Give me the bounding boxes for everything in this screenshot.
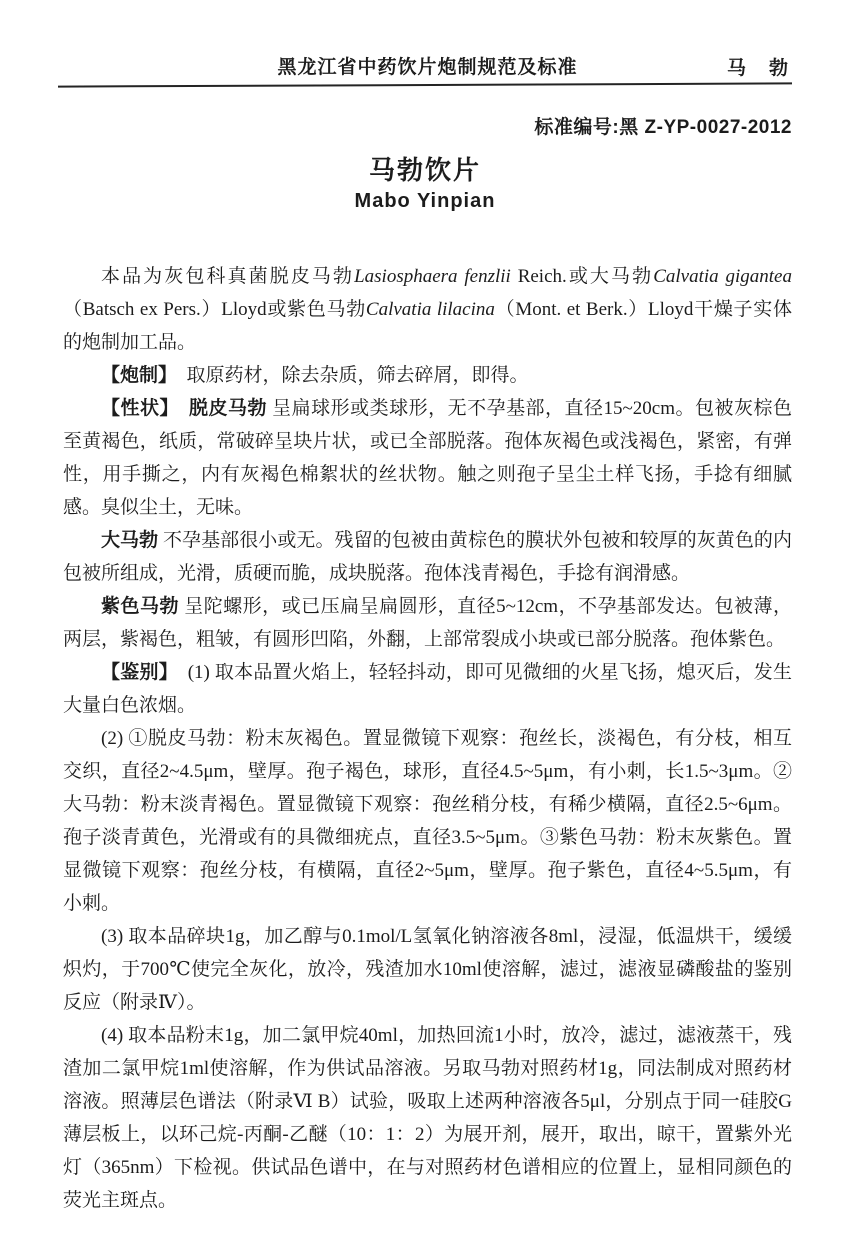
paragraph-xingzhuang-tuopimabo: 【性状】 脱皮马勃 呈扁球形或类球形，无不孕基部，直径15~20cm。包被灰棕色… bbox=[63, 392, 792, 524]
paragraph-jianbie-1: 【鉴别】 (1) 取本品置火焰上，轻轻抖动，即可见微细的火星飞扬，熄灭后，发生大… bbox=[63, 656, 792, 722]
page-title: 马勃饮片 bbox=[0, 150, 850, 187]
header-rule bbox=[58, 82, 792, 87]
paragraph-source-description: 本品为灰包科真菌脱皮马勃Lasiosphaera fenzlii Reich.或… bbox=[63, 260, 792, 359]
header-topic: 马 勃 bbox=[727, 53, 790, 80]
paragraph-jianbie-2: (2) ①脱皮马勃：粉末灰褐色。置显微镜下观察：孢丝长，淡褐色，有分枝，相互交织… bbox=[63, 722, 792, 920]
page-header: 黑龙江省中药饮片炮制规范及标准 马 勃 bbox=[63, 52, 792, 78]
document-page: 黑龙江省中药饮片炮制规范及标准 马 勃 标准编号:黑 Z-YP-0027-201… bbox=[0, 0, 850, 1254]
standard-number: 标准编号:黑 Z-YP-0027-2012 bbox=[534, 112, 792, 139]
header-title: 黑龙江省中药饮片炮制规范及标准 bbox=[63, 52, 792, 79]
paragraph-jianbie-3: (3) 取本品碎块1g，加乙醇与0.1mol/L氢氧化钠溶液各8ml，浸湿，低温… bbox=[63, 920, 792, 1019]
paragraph-jianbie-4: (4) 取本品粉末1g，加二氯甲烷40ml，加热回流1小时，放冷，滤过，滤液蒸干… bbox=[63, 1019, 792, 1217]
document-body: 本品为灰包科真菌脱皮马勃Lasiosphaera fenzlii Reich.或… bbox=[63, 260, 792, 1217]
paragraph-zisemabo: 紫色马勃 呈陀螺形，或已压扁呈扁圆形，直径5~12cm，不孕基部发达。包被薄，两… bbox=[63, 590, 792, 656]
paragraph-damabo: 大马勃 不孕基部很小或无。残留的包被由黄棕色的膜状外包被和较厚的灰黄色的内包被所… bbox=[63, 524, 792, 590]
paragraph-paozhi: 【炮制】 取原药材，除去杂质，筛去碎屑，即得。 bbox=[63, 359, 792, 392]
pinyin-subtitle: Mabo Yinpian bbox=[0, 190, 850, 213]
